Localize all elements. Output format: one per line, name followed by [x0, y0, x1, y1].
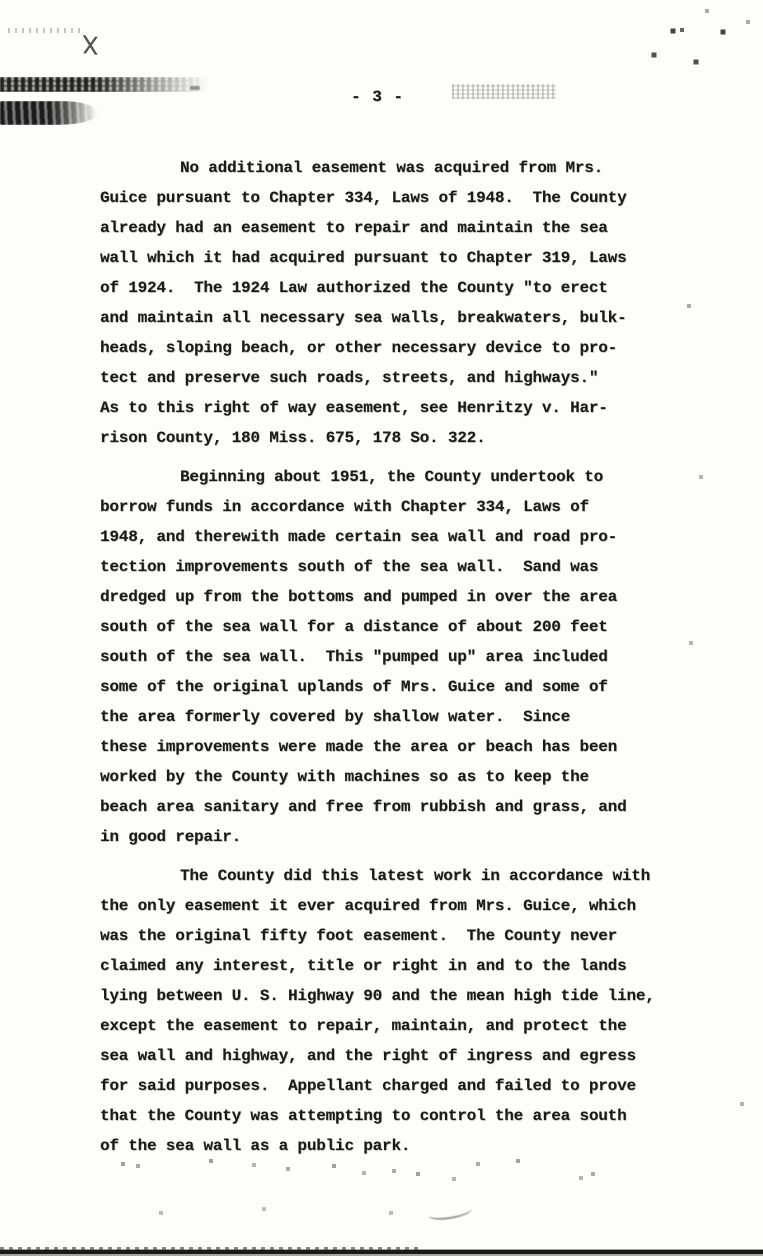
text-line: except the easement to repair, maintain,…: [100, 1011, 680, 1041]
text-line: was the original fifty foot easement. Th…: [100, 921, 680, 951]
text-line: south of the sea wall. This "pumped up" …: [100, 642, 680, 672]
text-line: rison County, 180 Miss. 675, 178 So. 322…: [100, 423, 680, 453]
handwritten-x-mark: [81, 35, 100, 55]
text-line: these improvements were made the area or…: [100, 732, 680, 762]
scan-smudge-streak: [0, 77, 212, 92]
text-line: of 1924. The 1924 Law authorized the Cou…: [100, 273, 680, 303]
text-line: dredged up from the bottoms and pumped i…: [100, 582, 680, 612]
text-line: tect and preserve such roads, streets, a…: [100, 363, 680, 393]
paragraph: Beginning about 1951, the County underto…: [100, 462, 680, 852]
text-line: and maintain all necessary sea walls, br…: [100, 303, 680, 333]
scan-specks-margin: [0, 0, 2, 2]
text-line: borrow funds in accordance with Chapter …: [100, 492, 680, 522]
text-line: in good repair.: [100, 822, 680, 852]
text-line: beach area sanitary and free from rubbis…: [100, 792, 680, 822]
text-line: No additional easement was acquired from…: [100, 153, 680, 183]
document-text: No additional easement was acquired from…: [100, 153, 680, 1161]
scan-ink-blob: [0, 101, 98, 125]
paragraph: The County did this latest work in accor…: [100, 861, 680, 1161]
text-line: the area formerly covered by shallow wat…: [100, 702, 680, 732]
text-line: some of the original uplands of Mrs. Gui…: [100, 672, 680, 702]
text-line: tection improvements south of the sea wa…: [100, 552, 680, 582]
text-line: As to this right of way easement, see He…: [100, 393, 680, 423]
scan-specks-bottom: [0, 0, 2, 2]
text-line: heads, sloping beach, or other necessary…: [100, 333, 680, 363]
text-line: sea wall and highway, and the right of i…: [100, 1041, 680, 1071]
scan-specks-top-right: [0, 0, 2, 2]
scan-edge-line: [0, 1247, 763, 1257]
scan-speck: [190, 86, 200, 90]
text-line: wall which it had acquired pursuant to C…: [100, 243, 680, 273]
pen-scribble: [427, 1203, 472, 1222]
text-line: lying between U. S. Highway 90 and the m…: [100, 981, 680, 1011]
text-line: worked by the County with machines so as…: [100, 762, 680, 792]
scanned-document-page: - 3 - No additional easement was acquire…: [0, 0, 763, 1260]
faded-stamp-smudge: [452, 84, 556, 99]
text-line: that the County was attempting to contro…: [100, 1101, 680, 1131]
paragraph: No additional easement was acquired from…: [100, 153, 680, 453]
text-line: south of the sea wall for a distance of …: [100, 612, 680, 642]
text-line: claimed any interest, title or right in …: [100, 951, 680, 981]
text-line: Guice pursuant to Chapter 334, Laws of 1…: [100, 183, 680, 213]
text-line: Beginning about 1951, the County underto…: [100, 462, 680, 492]
text-line: already had an easement to repair and ma…: [100, 213, 680, 243]
page-number: - 3 -: [351, 88, 404, 106]
text-line: of the sea wall as a public park.: [100, 1131, 680, 1161]
text-line: The County did this latest work in accor…: [100, 861, 680, 891]
text-line: for said purposes. Appellant charged and…: [100, 1071, 680, 1101]
text-line: 1948, and therewith made certain sea wal…: [100, 522, 680, 552]
scan-speckle-row: [8, 28, 82, 33]
text-line: the only easement it ever acquired from …: [100, 891, 680, 921]
